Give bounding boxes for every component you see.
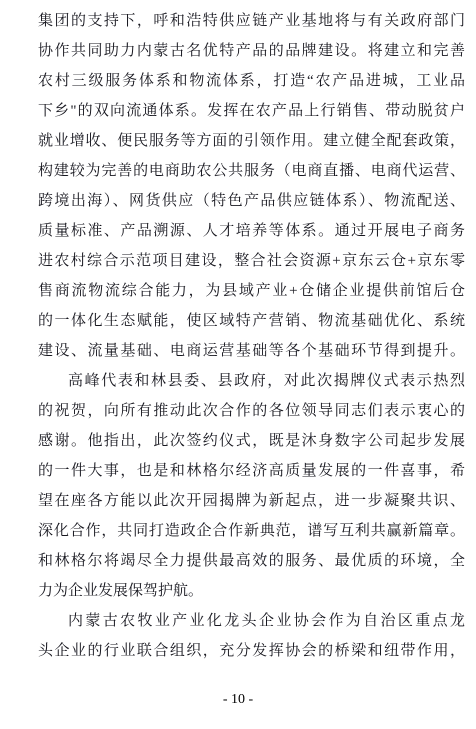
text-line: 望在座各方能以此次开园揭牌为新起点，进一步凝聚共识、 <box>38 486 465 516</box>
text-line: 集团的支持下，呼和浩特供应链产业基地将与有关政府部门 <box>38 6 465 36</box>
page-footer: - 10 - <box>0 691 476 709</box>
text-line: 进农村综合示范项目建设，整合社会资源+京东云仓+京东零 <box>38 246 465 276</box>
page-number: - 10 - <box>223 692 253 707</box>
text-line: 协作共同助力内蒙古名优特产品的品牌建设。将建立和完善 <box>38 36 465 66</box>
text-line: 内蒙古农牧业产业化龙头企业协会作为自治区重点龙 <box>38 606 465 636</box>
text-line: 深化合作，共同打造政企合作新典范，谱写互利共赢新篇章。 <box>38 516 465 546</box>
text-line: 的祝贺，向所有推动此次合作的各位领导同志们表示衷心的 <box>38 396 465 426</box>
text-line: 构建较为完善的电商助农公共服务（电商直播、电商代运营、 <box>38 156 465 186</box>
text-line: 建设、流量基础、电商运营基础等各个基础环节得到提升。 <box>38 336 465 366</box>
text-line: 高峰代表和林县委、县政府，对此次揭牌仪式表示热烈 <box>38 366 465 396</box>
text-line: 头企业的行业联合组织，充分发挥协会的桥梁和纽带作用， <box>38 636 465 666</box>
text-line: 农村三级服务体系和物流体系，打造“农产品进城，工业品 <box>38 66 465 96</box>
text-line: 和林格尔将竭尽全力提供最高效的服务、最优质的环境，全 <box>38 546 465 576</box>
text-line: 力为企业发展保驾护航。 <box>38 576 465 606</box>
text-line: 的一件大事，也是和林格尔经济高质量发展的一件喜事，希 <box>38 456 465 486</box>
text-line: 的一体化生态赋能，使区域特产营销、物流基础优化、系统 <box>38 306 465 336</box>
document-body: 集团的支持下，呼和浩特供应链产业基地将与有关政府部门协作共同助力内蒙古名优特产品… <box>38 6 465 666</box>
text-line: 感谢。他指出，此次签约仪式，既是沐身数字公司起步发展 <box>38 426 465 456</box>
text-line: 质量标准、产品溯源、人才培养等体系。通过开展电子商务 <box>38 216 465 246</box>
text-line: 就业增收、便民服务等方面的引领作用。建立健全配套政策， <box>38 126 465 156</box>
text-line: 售商流物流综合能力，为县域产业+仓储企业提供前馆后仓 <box>38 276 465 306</box>
text-line: 跨境出海）、网货供应（特色产品供应链体系）、物流配送、 <box>38 186 465 216</box>
text-line: 下乡"的双向流通体系。发挥在农产品上行销售、带动脱贫户 <box>38 96 465 126</box>
document-page: 集团的支持下，呼和浩特供应链产业基地将与有关政府部门协作共同助力内蒙古名优特产品… <box>0 0 476 729</box>
